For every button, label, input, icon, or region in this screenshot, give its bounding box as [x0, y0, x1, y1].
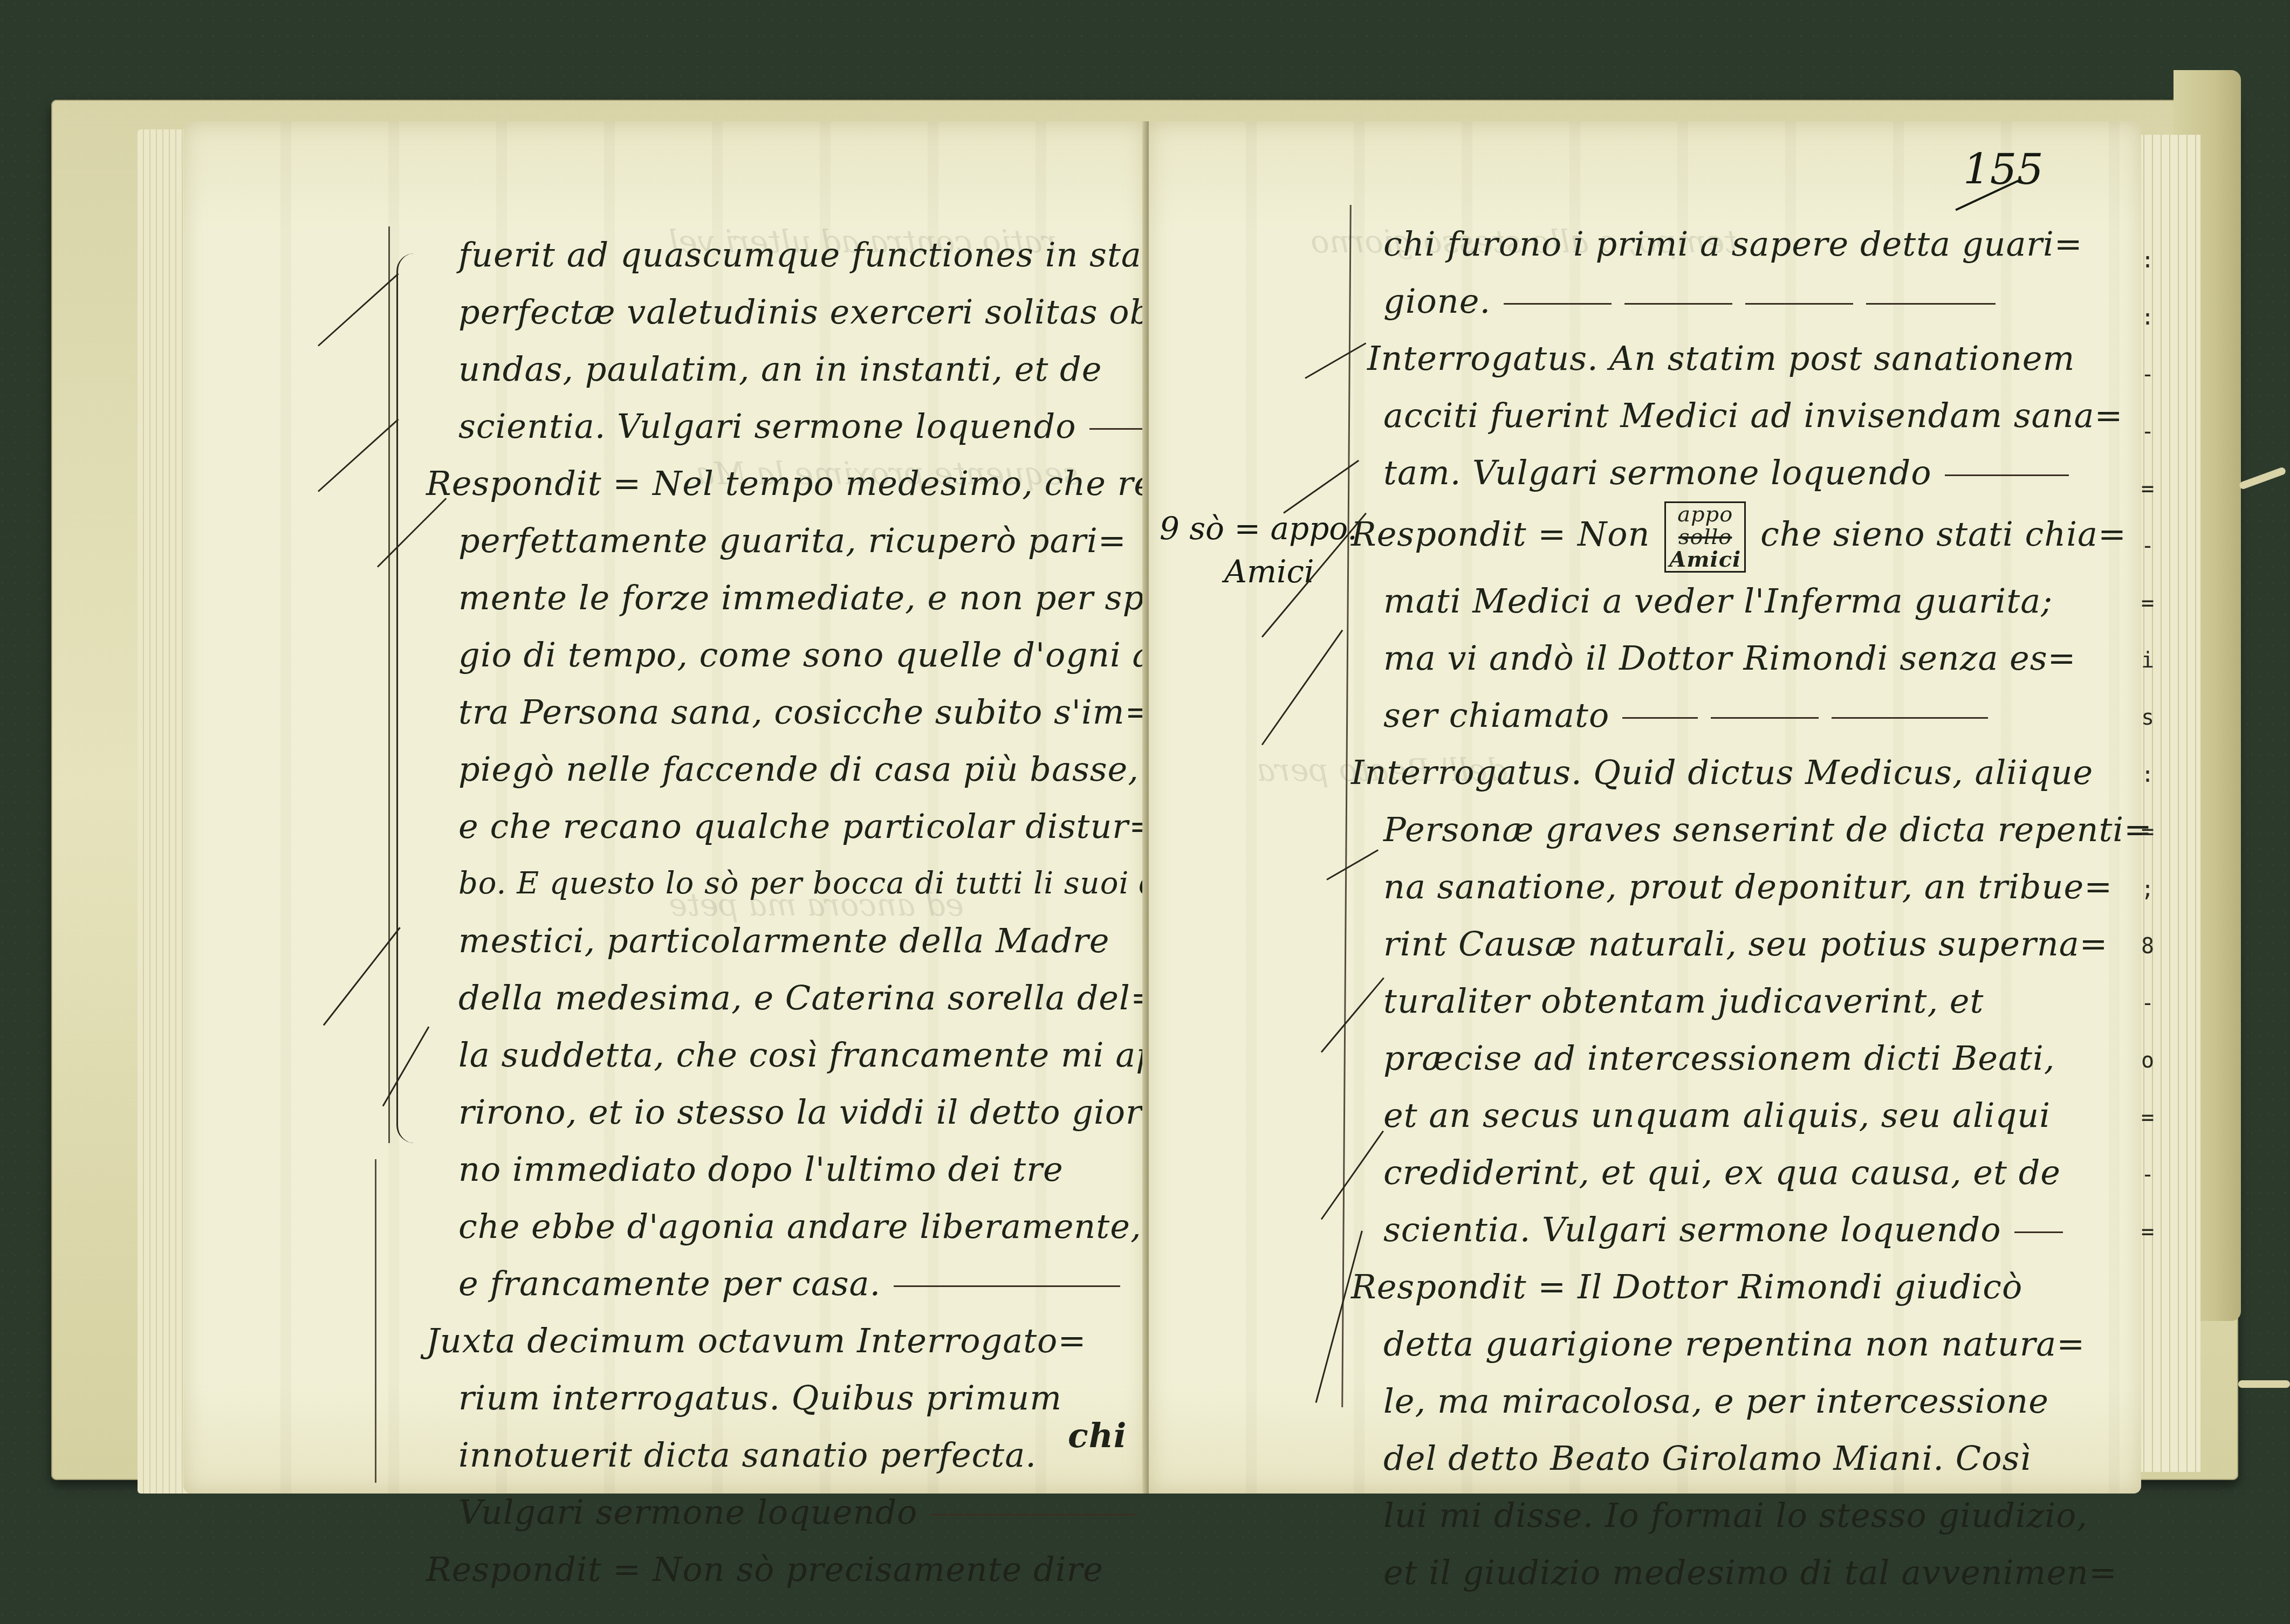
- text-line: Vulgari sermone loquendo: [442, 1484, 1207, 1541]
- text-line: no immediato dopo l'ultimo dei tre: [442, 1141, 1207, 1198]
- text-line: Juxta decimum octavum Interrogato=: [426, 1312, 1207, 1370]
- text-line: la suddetta, che così francamente mi ape…: [442, 1027, 1207, 1084]
- text-line: che ebbe d'agonia andare liberamente,: [442, 1198, 1207, 1255]
- text-line: e che recano qualche particolar distur=: [442, 798, 1207, 855]
- right-edge-marks: : : - - = - = i s : = ; 8 - o = - =: [2141, 232, 2163, 1261]
- text-line: tra Persona sana, cosicche subito s'im=: [442, 684, 1207, 741]
- text-line: na sanatione, prout deponitur, an tribue…: [1367, 858, 2152, 916]
- text-line: scientia. Vulgari sermone loquendo: [442, 398, 1207, 455]
- text-line: lui mi disse. Io formai lo stesso giudiz…: [1367, 1487, 2152, 1544]
- text-line: e francamente per casa.: [442, 1255, 1207, 1312]
- text-line: acciti fuerint Medici ad invisendam sana…: [1367, 387, 2152, 444]
- left-bracket: [396, 253, 414, 1143]
- text-line: Interrogatus. Quid dictus Medicus, aliiq…: [1351, 744, 2152, 801]
- text-line: gione.: [1367, 273, 2152, 330]
- text-line: crediderint, et qui, ex qua causa, et de: [1367, 1144, 2152, 1201]
- binding-tie-upper: [2238, 466, 2286, 490]
- catchword: chi: [1068, 1407, 1127, 1464]
- text-line: ma vi andò il Dottor Rimondi senza es=: [1367, 630, 2152, 687]
- left-page-text: fuerit ad quascumque functiones in statu…: [442, 226, 1207, 1598]
- text-line: rint Causæ naturali, seu potius superna=: [1367, 916, 2152, 973]
- text-line: et il giudizio medesimo di tal avvenimen…: [1367, 1544, 2152, 1601]
- text-line: mente le forze immediate, e non per spa=: [442, 569, 1207, 627]
- right-page-text: chi furono i primi a sapere detta guari=…: [1367, 216, 2152, 1601]
- text-line: della medesima, e Caterina sorella del=: [442, 969, 1207, 1027]
- text-line: turaliter obtentam judicaverint, et: [1367, 973, 2152, 1030]
- text-line: præcise ad intercessionem dicti Beati,: [1367, 1030, 2152, 1087]
- text-line: ser chiamato: [1367, 687, 2152, 744]
- left-margin-rule-lower: [375, 1159, 376, 1483]
- text-line: fuerit ad quascumque functiones in statu: [442, 226, 1207, 284]
- text-line: mestici, particolarmente della Madre: [442, 912, 1207, 969]
- text-line: piegò nelle faccende di casa più basse,: [442, 741, 1207, 798]
- text-line: mati Medici a veder l'Inferma guarita;: [1367, 573, 2152, 630]
- text-line: Respondit = Nel tempo medesimo, che rest…: [426, 455, 1207, 512]
- text-line: Interrogatus. An statim post sanationem: [1367, 330, 2152, 387]
- binding-tie-lower: [2238, 1380, 2290, 1388]
- text-line: et an secus unquam aliquis, seu aliqui: [1367, 1087, 2152, 1144]
- text-line: gio di tempo, come sono quelle d'ogni al…: [442, 627, 1207, 684]
- text-line: Respondit = Non sò precisamente dire: [426, 1541, 1207, 1598]
- text-line: bo. E questo lo sò per bocca di tutti li…: [442, 855, 1207, 912]
- text-line: Personæ graves senserint de dicta repent…: [1367, 801, 2152, 858]
- text-line: undas, paulatim, an in instanti, et de: [442, 341, 1207, 398]
- text-line: detta guarigione repentina non natura=: [1367, 1316, 2152, 1373]
- boxed-correction: appo sollo Amici: [1664, 501, 1746, 573]
- text-line: del detto Beato Girolamo Miani. Così: [1367, 1430, 2152, 1487]
- text-line: perfettamente guarita, ricuperò pari=: [442, 512, 1207, 569]
- text-line: tam. Vulgari sermone loquendo: [1367, 444, 2152, 501]
- margin-annotation: 9 sò = appo. Amici: [1160, 507, 1357, 593]
- text-line: rirono, et io stesso la viddi il detto g…: [442, 1084, 1207, 1141]
- left-margin-rule: [388, 226, 390, 1143]
- text-line: chi furono i primi a sapere detta guari=: [1367, 216, 2152, 273]
- text-line: Respondit = Non appo sollo Amici che sie…: [1351, 501, 2152, 573]
- text-line: le, ma miracolosa, e per intercessione: [1367, 1373, 2152, 1430]
- text-line: perfectæ valetudinis exerceri solitas ob…: [442, 284, 1207, 341]
- text-line: scientia. Vulgari sermone loquendo: [1367, 1201, 2152, 1258]
- text-line: Respondit = Il Dottor Rimondi giudicò: [1351, 1258, 2152, 1316]
